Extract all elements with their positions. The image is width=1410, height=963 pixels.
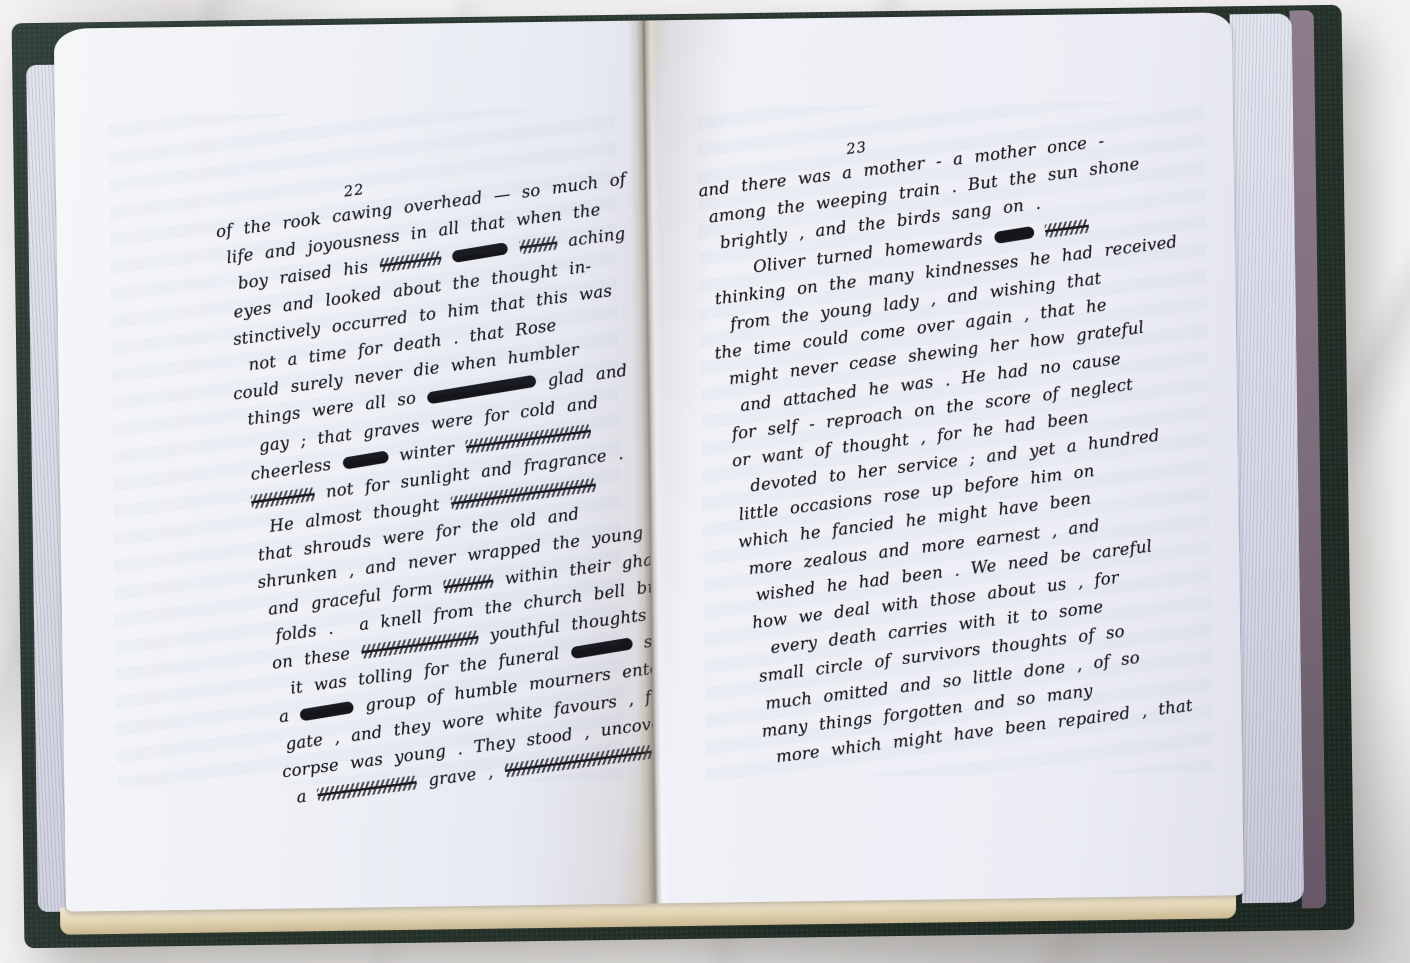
ink-blot-strikeout [300,701,355,722]
right-page-text: 23 and there was a mother - a mother onc… [697,116,1244,771]
ink-blot-strikeout [570,637,633,659]
scribbled-strikeout [518,236,557,255]
scribbled-strikeout [250,487,315,509]
word-gap [334,630,360,633]
scribbled-strikeout [379,251,442,273]
left-page: 22 of the rook cawing overhead — so much… [54,21,655,912]
handwritten-text: a [295,785,319,807]
handwritten-text: a [278,705,302,727]
right-page: 23 and there was a mother - a mother onc… [643,12,1244,903]
manuscript-book: 22 of the rook cawing overhead — so much… [12,5,1355,948]
handwritten-text: folds . [274,618,334,644]
handwritten-text: grave , [416,761,506,791]
right-page-lines: and there was a mother - a mother once -… [697,116,1244,771]
ink-blot-strikeout [452,242,509,263]
scribbled-strikeout [317,775,418,802]
scribbled-strikeout [1044,218,1089,237]
ink-blot-strikeout [342,450,389,469]
ink-blot-strikeout [993,226,1034,244]
word-gap [716,272,754,277]
open-page-spread: 22 of the rook cawing overhead — so much… [54,12,1244,911]
scribbled-strikeout [443,573,494,593]
page-number-left: 22 [342,177,366,207]
handwritten-text: aching [556,224,627,252]
page-number-right: 23 [845,135,869,165]
